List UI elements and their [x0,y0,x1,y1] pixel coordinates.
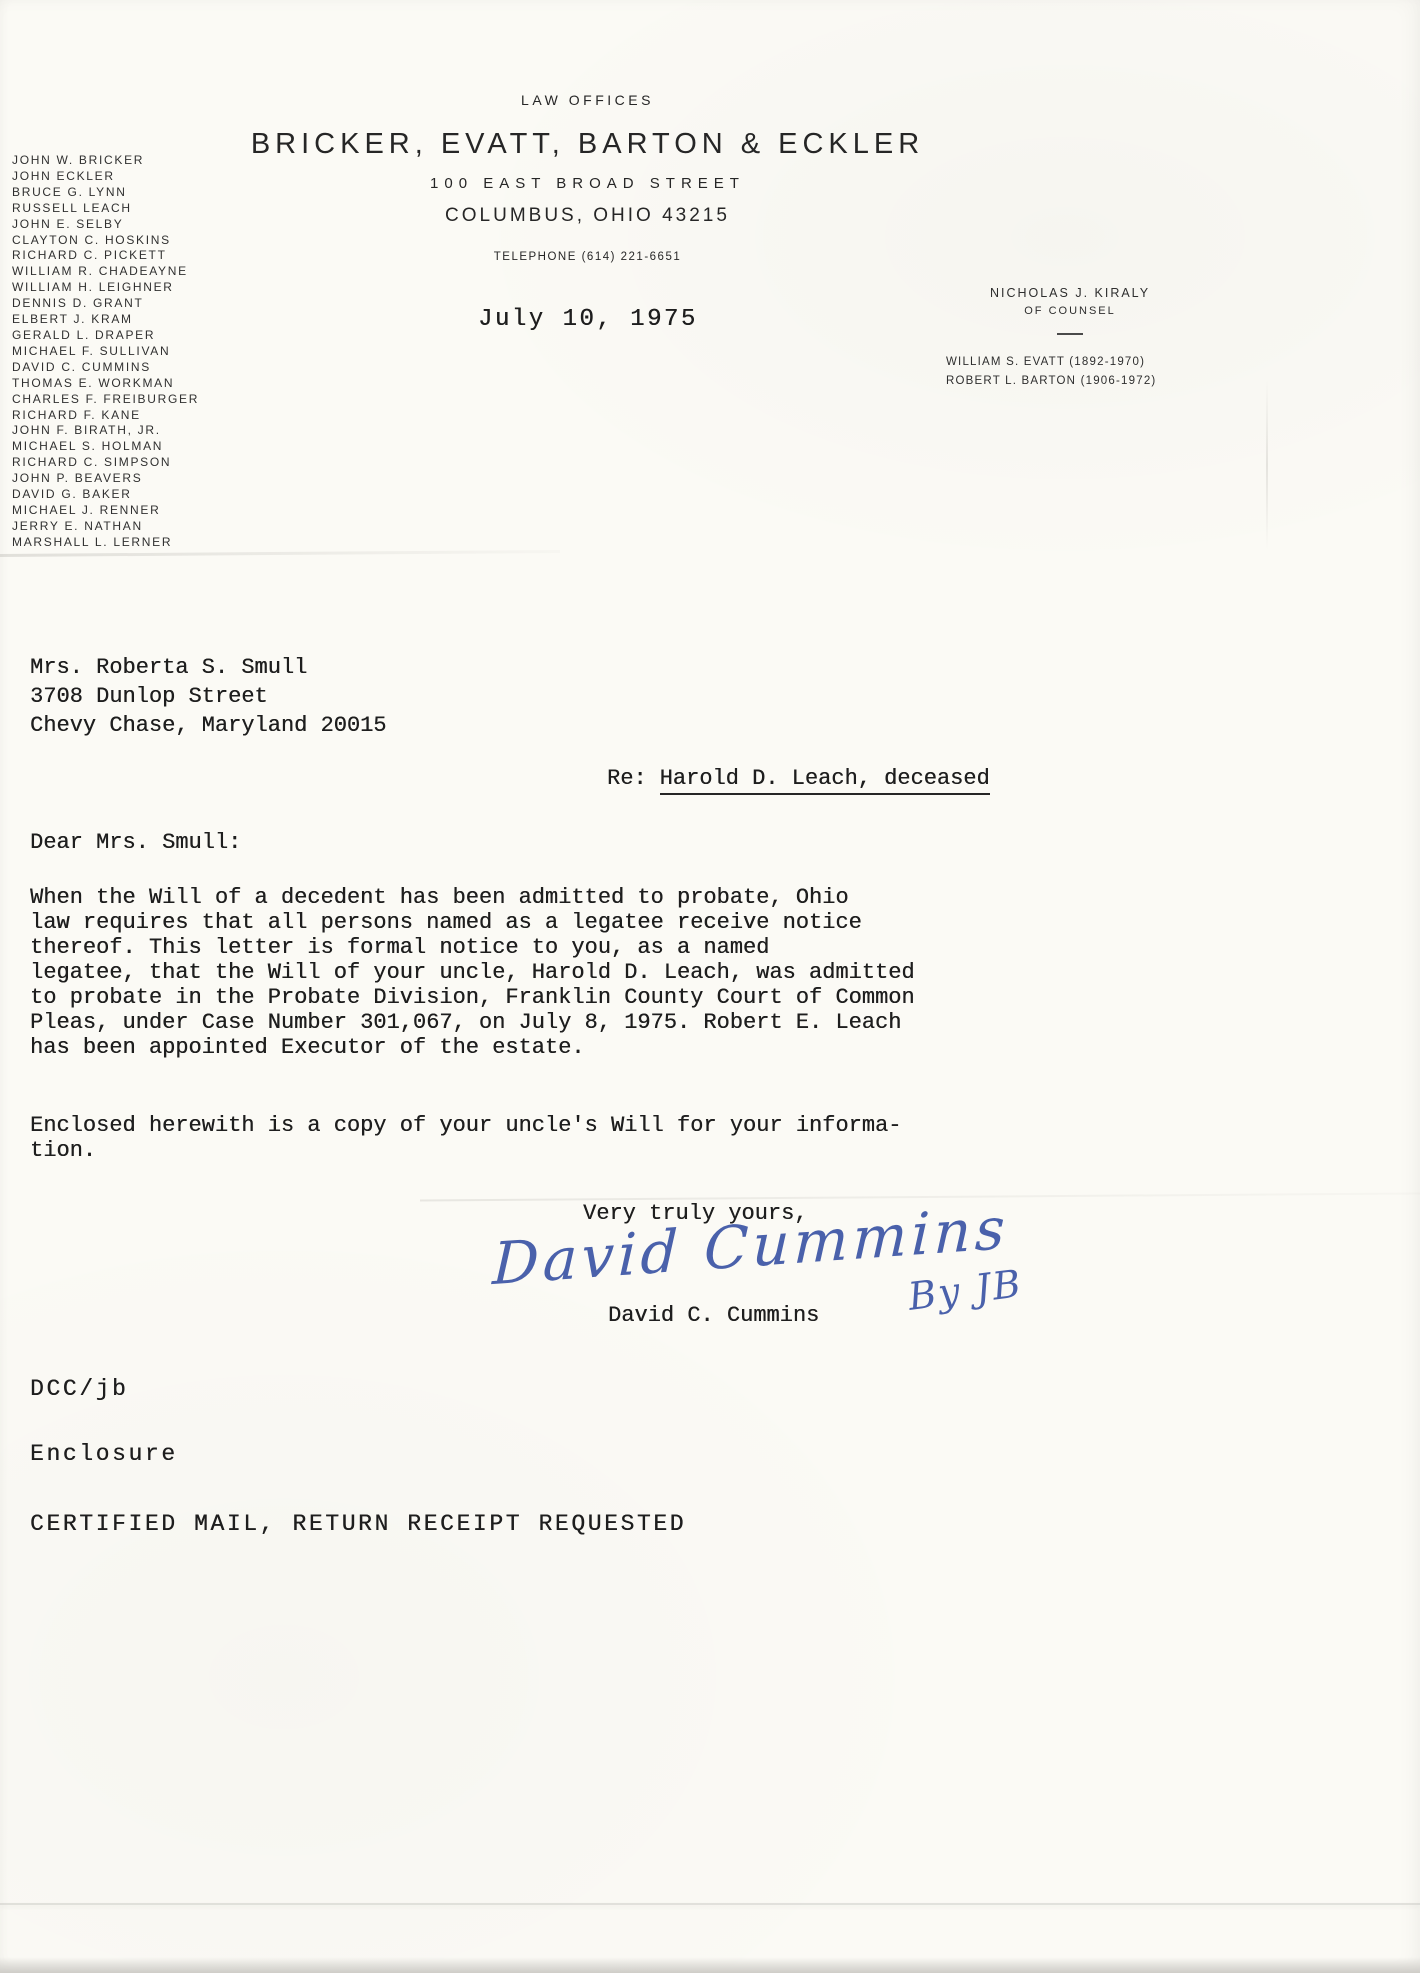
attorney-name: BRUCE G. LYNN [12,185,199,201]
attorney-name: JOHN F. BIRATH, JR. [12,423,199,439]
attorney-name: MICHAEL S. HOLMAN [12,439,199,455]
recipient-address-line: Mrs. Roberta S. Smull [30,653,386,682]
letter-date: July 10, 1975 [478,306,698,333]
scanned-letter-page: JOHN W. BRICKERJOHN ECKLERBRUCE G. LYNNR… [0,0,1420,1973]
firm-street-address: 100 EAST BROAD STREET [215,175,960,192]
attorney-name: WILLIAM R. CHADEAYNE [12,264,199,280]
letterhead: LAW OFFICES BRICKER, EVATT, BARTON & ECK… [215,92,960,263]
attorney-name: WILLIAM H. LEIGHNER [12,280,199,296]
memorial-list: WILLIAM S. EVATT (1892-1970)ROBERT L. BA… [940,353,1200,391]
attorney-name: DAVID C. CUMMINS [12,360,199,376]
attorney-name: RUSSELL LEACH [12,201,199,217]
attorney-name: JOHN ECKLER [12,169,199,185]
counsel-divider-line [1057,333,1083,335]
re-subject: Harold D. Leach, deceased [660,766,990,795]
paper-crease [1266,380,1268,550]
attorney-name: JOHN P. BEAVERS [12,471,199,487]
recipient-address-line: 3708 Dunlop Street [30,682,386,711]
attorney-name: JOHN W. BRICKER [12,153,199,169]
attorney-name: CLAYTON C. HOSKINS [12,233,199,249]
salutation: Dear Mrs. Smull: [30,830,241,855]
attorney-name: DAVID G. BAKER [12,487,199,503]
of-counsel-block: NICHOLAS J. KIRALY OF COUNSEL WILLIAM S.… [940,286,1200,391]
attorney-name: ELBERT J. KRAM [12,312,199,328]
attorney-name: RICHARD F. KANE [12,408,199,424]
attorney-name: JERRY E. NATHAN [12,519,199,535]
paper-crease [0,1903,1420,1905]
paper-crease [0,550,560,557]
attorney-name: GERALD L. DRAPER [12,328,199,344]
attorney-name: CHARLES F. FREIBURGER [12,392,199,408]
attorney-name: RICHARD C. PICKETT [12,248,199,264]
paper-bottom-edge [0,1957,1420,1973]
memorial-name: ROBERT L. BARTON (1906-1972) [946,372,1200,391]
reference-initials: DCC/jb [30,1376,128,1402]
enclosure-note: Enclosure [30,1441,178,1467]
memorial-name: WILLIAM S. EVATT (1892-1970) [946,353,1200,372]
body-paragraph-1: When the Will of a decedent has been adm… [30,885,990,1060]
attorney-name: MICHAEL J. RENNER [12,503,199,519]
attorney-name: JOHN E. SELBY [12,217,199,233]
recipient-address-line: Chevy Chase, Maryland 20015 [30,711,386,740]
re-label: Re: [607,766,647,791]
body-paragraph-2: Enclosed herewith is a copy of your uncl… [30,1113,990,1163]
of-counsel-name: NICHOLAS J. KIRALY [940,286,1200,300]
attorney-list: JOHN W. BRICKERJOHN ECKLERBRUCE G. LYNNR… [12,153,199,551]
signer-name: David C. Cummins [608,1303,819,1328]
attorney-name: DENNIS D. GRANT [12,296,199,312]
recipient-address: Mrs. Roberta S. Smull3708 Dunlop StreetC… [30,653,386,740]
signature-by-initials: By JB [906,1261,1025,1319]
attorney-name: MARSHALL L. LERNER [12,535,199,551]
attorney-name: THOMAS E. WORKMAN [12,376,199,392]
of-counsel-title: OF COUNSEL [940,305,1200,317]
law-offices-label: LAW OFFICES [215,92,960,108]
firm-name: BRICKER, EVATT, BARTON & ECKLER [215,128,960,161]
firm-city-address: COLUMBUS, OHIO 43215 [215,205,960,227]
re-line: Re:Harold D. Leach, deceased [607,766,990,791]
attorney-name: RICHARD C. SIMPSON [12,455,199,471]
attorney-name: MICHAEL F. SULLIVAN [12,344,199,360]
firm-telephone: TELEPHONE (614) 221-6651 [215,251,960,263]
mail-notice: CERTIFIED MAIL, RETURN RECEIPT REQUESTED [30,1511,686,1537]
